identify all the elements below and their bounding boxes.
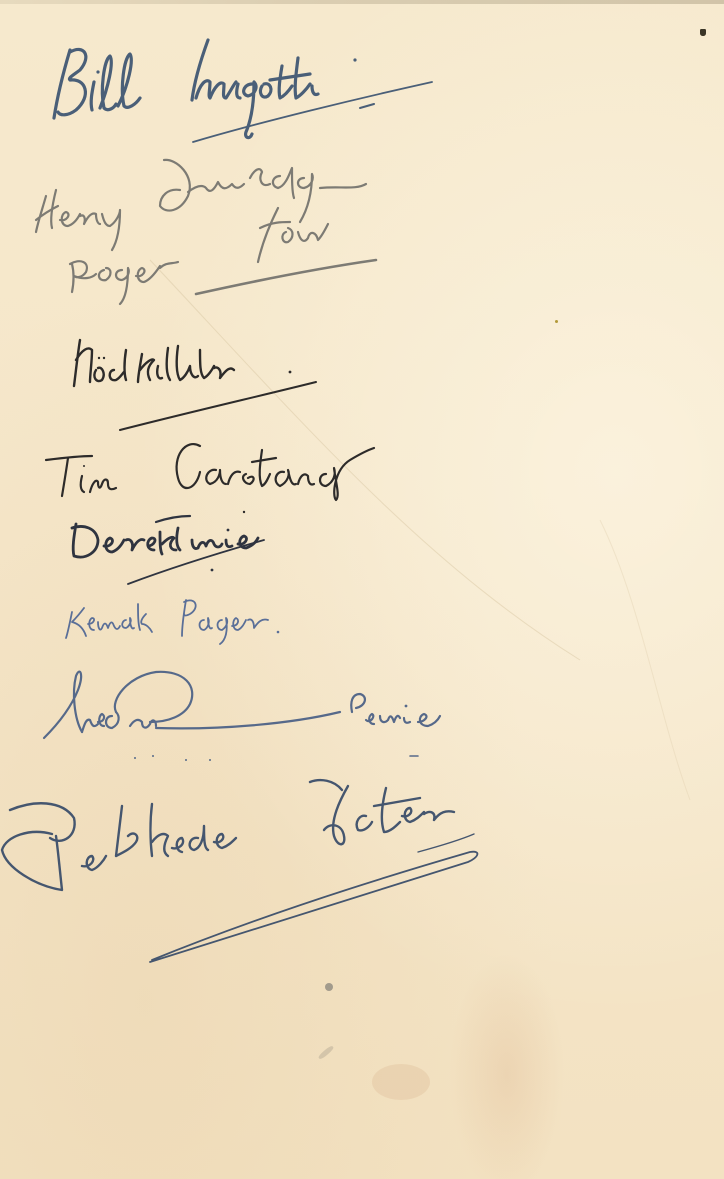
signature-pavie [44,672,440,761]
signature-1-text: Bill Imigotti [0,0,97,4]
signature-7-text: Kenneth Pagee. [0,0,127,4]
signature-9-text: Robert de Yates [0,0,128,4]
signature-2-text: Henry Dulridge [0,0,126,4]
signature-kenneth [66,600,279,644]
signature-6-text: Derek Timie [0,0,100,4]
signature-5-text: Tim Garstang [0,0,111,4]
autograph-page: Bill Imigotti Henry Dulridge [0,0,724,1179]
signature-8-text: Mora Pavie [0,0,92,4]
signature-bill [54,40,432,142]
signature-robert [2,780,477,962]
signature-tim [46,444,374,513]
signature-3-text: Roger Love [0,0,93,4]
signature-derek [72,516,264,584]
signatures-layer: Bill Imigotti Henry Dulridge [0,0,724,1179]
signature-roger [70,208,376,304]
signature-noel [74,340,316,430]
signature-4-text: Noël Kilkelly [0,0,104,4]
